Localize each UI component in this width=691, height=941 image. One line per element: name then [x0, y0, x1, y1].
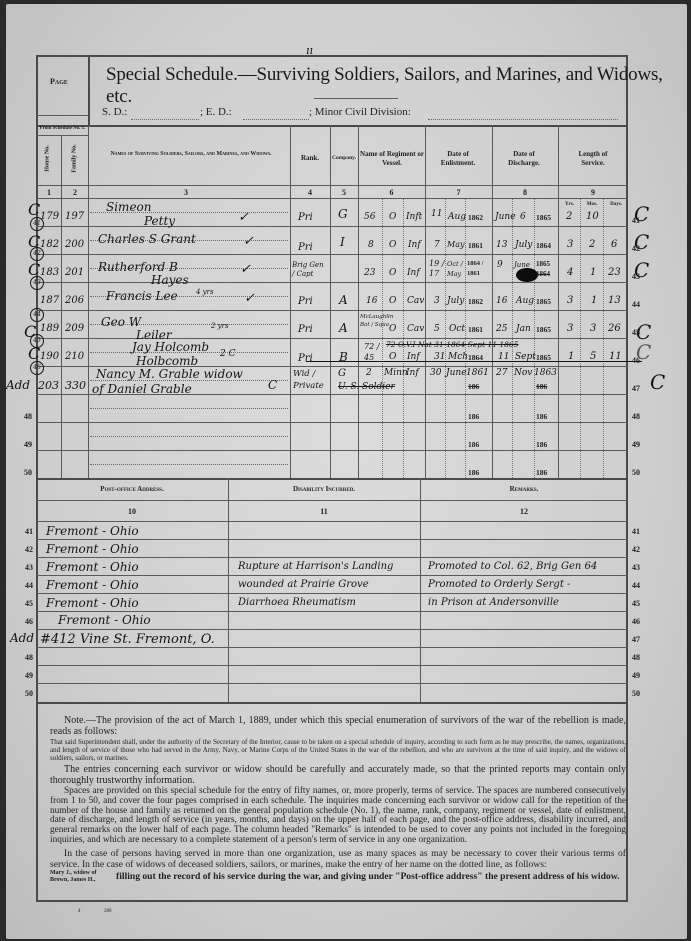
right-line-number: 43: [632, 563, 640, 572]
check-icon: ✓: [243, 234, 254, 249]
footer-mark-a: 4: [78, 909, 81, 914]
left-line-number: 50: [24, 468, 32, 477]
note-paragraph-4-end: filling out the record of his service du…: [116, 871, 620, 882]
circled-line-number: 41: [30, 217, 44, 231]
left-line-number: 48: [25, 653, 33, 662]
service-days: 13: [608, 295, 621, 306]
service-yrs: 3: [567, 295, 573, 306]
struck-entry: 72 O.V.I Nat 31 1864 Sept 11 1865: [386, 340, 518, 349]
header-disability: Disability Incurred.: [228, 485, 420, 494]
col-number: 7: [425, 188, 492, 197]
discharge-day: 25: [496, 324, 507, 334]
left-line-number: 41: [25, 527, 33, 536]
company: I: [340, 235, 345, 249]
col-line: [290, 125, 291, 478]
service-yrs: 3: [567, 323, 573, 334]
name-suffix: 4 yrs: [196, 288, 214, 296]
lower-row-line: [36, 629, 628, 630]
header-yrs: Yrs.: [559, 200, 580, 209]
regiment-number: 23: [364, 268, 375, 278]
year-stub: 186: [468, 468, 479, 477]
lower-row-line: [36, 665, 628, 666]
ink-blot: [516, 268, 538, 282]
lower-row-line: [36, 647, 628, 648]
enlist-day: 19 / 17: [429, 259, 445, 279]
regiment-arm: Cav: [407, 296, 424, 306]
remarks: Promoted to Col. 62, Brig Gen 64: [428, 561, 597, 572]
col-number: 1: [37, 188, 61, 197]
circled-line-number: 43: [30, 276, 44, 290]
discharge-day: 27: [496, 368, 507, 378]
left-line-number: 48: [24, 412, 32, 421]
left-line-number: 49: [24, 440, 32, 449]
left-line-number: 46: [25, 617, 33, 626]
col-number: 12: [420, 507, 628, 516]
name-dotted-line: [90, 408, 288, 409]
enlist-day: 5: [434, 324, 440, 334]
note-paragraph-4: In the case of persons having served in …: [50, 849, 626, 870]
company: A: [339, 321, 348, 335]
service-mos: 1: [590, 267, 596, 278]
service-mos: 1: [591, 295, 597, 306]
page-box-line: [36, 115, 88, 116]
circled-line-number: 42: [30, 247, 44, 261]
right-c-mark: C: [634, 258, 649, 282]
ed-label: ; E. D.:: [200, 106, 232, 118]
service-days: 23: [608, 267, 621, 278]
year-stub: 186: [536, 440, 547, 449]
enlist-year: 1861: [468, 241, 483, 250]
regiment-arm: Inf: [407, 268, 420, 278]
right-c-mark: C: [634, 202, 649, 226]
row-line: [36, 254, 628, 255]
house-no: 190: [40, 351, 59, 362]
discharge-day: 9: [497, 260, 503, 270]
service-yrs: 4: [567, 267, 573, 278]
page-col-divider: [88, 55, 90, 125]
mcd-field[interactable]: [428, 119, 618, 120]
discharge-day: 6: [520, 212, 526, 222]
discharge-month: July: [515, 240, 532, 250]
name-last: Petty: [144, 214, 175, 228]
lower-row-line: [36, 611, 628, 612]
col-number: 10: [36, 507, 228, 516]
col-line: [61, 135, 62, 478]
col-number: 4: [290, 188, 330, 197]
circled-line-number: 44: [30, 308, 44, 322]
house-no: 203: [38, 379, 59, 392]
row-line: [36, 310, 628, 311]
discharge-month: June: [495, 212, 516, 222]
name-dotted-line: [90, 464, 288, 465]
rank: Wid / Private: [293, 368, 329, 392]
address: Fremont - Ohio: [46, 542, 139, 556]
census-sheet: Page Special Schedule.—Surviving Soldier…: [6, 4, 687, 939]
col-number: 5: [330, 188, 358, 197]
left-line-number: 42: [25, 545, 33, 554]
right-line-number: 44: [632, 300, 640, 309]
name-suffix: 2 yrs: [211, 322, 229, 330]
left-line-number: 43: [25, 563, 33, 572]
row-line: [36, 226, 628, 227]
mcd-label: ; Minor Civil Division:: [309, 106, 411, 118]
lower-row-line: [36, 683, 628, 684]
enlist-month: July: [447, 296, 464, 306]
name-widow: Nancy M. Grable widow: [96, 367, 243, 381]
regiment-number: 2: [366, 368, 372, 378]
col-line: [492, 125, 493, 478]
lower-row-line: [36, 557, 628, 558]
family-no: 197: [65, 211, 84, 222]
ed-field[interactable]: [243, 119, 309, 120]
col-line: [558, 125, 559, 478]
form-title: Special Schedule.—Surviving Soldiers, Sa…: [106, 64, 687, 108]
enlist-year: 1862: [468, 213, 483, 222]
name-full: Charles S Grant: [98, 232, 196, 246]
name-suffix: 2 C: [220, 349, 235, 359]
enlist-day: 7: [434, 240, 440, 250]
regiment-state: Minn: [384, 368, 408, 378]
note-act-quote: That said Superintendent shall, under th…: [50, 738, 626, 762]
remarks: in Prison at Andersonville: [428, 597, 559, 608]
header-num-top: [36, 185, 628, 186]
lower-num-line: [36, 521, 628, 522]
enlist-year: 1862: [468, 297, 483, 306]
discharge-year: 1865: [536, 297, 551, 306]
discharge-month: Jan: [516, 324, 531, 334]
name-dotted-line: [90, 436, 288, 437]
note-paragraph-1: Note.—The provision of the act of March …: [50, 716, 626, 737]
lower-row-line: [36, 575, 628, 576]
regiment-arm: Cav: [407, 324, 424, 334]
regiment-state: O: [389, 324, 396, 334]
discharge-month: Aug: [516, 296, 534, 306]
page-label: Page: [50, 77, 68, 86]
year-stub: 186: [536, 382, 547, 391]
sd-field[interactable]: [131, 119, 199, 120]
family-no: 200: [65, 239, 84, 250]
company: G: [338, 368, 346, 379]
check-icon: ✓: [244, 291, 255, 306]
header-remarks: Remarks.: [420, 485, 628, 494]
enlist-month: May: [447, 240, 464, 249]
margin-add-note: Add: [6, 378, 30, 392]
header-service: Length of Service.: [566, 150, 620, 168]
discharge-month: Nov: [514, 368, 532, 378]
right-line-number: 44: [632, 581, 640, 590]
house-no: 183: [40, 267, 59, 278]
house-no: 187: [40, 295, 59, 306]
remarks: Promoted to Orderly Sergt -: [428, 579, 570, 590]
regiment-state: O: [389, 240, 396, 250]
family-no: 330: [65, 379, 86, 392]
margin-c-mark: C: [28, 344, 40, 363]
name-suffix: C: [268, 378, 277, 392]
sd-label: S. D.:: [102, 106, 127, 118]
right-line-number: 50: [632, 468, 640, 477]
header-discharge: Date of Discharge.: [502, 150, 546, 168]
row-line: [36, 450, 628, 451]
right-line-number: 48: [632, 653, 640, 662]
year-stub: 186: [468, 382, 479, 391]
address: Fremont - Ohio: [46, 560, 139, 574]
disability: Rupture at Harrison's Landing: [238, 561, 393, 572]
rank: Brig Gen / Capt: [292, 261, 328, 279]
right-c-mark: C: [650, 370, 665, 394]
right-line-number: 42: [632, 545, 640, 554]
right-line-number: 41: [632, 527, 640, 536]
col-line: [425, 125, 426, 478]
address: Fremont - Ohio: [58, 613, 151, 627]
house-no: 182: [40, 239, 59, 250]
check-icon: ✓: [240, 262, 251, 277]
title-underline: [314, 98, 398, 99]
header-bottom: [36, 125, 628, 127]
enlist-year: 1864 / 1861: [467, 259, 491, 279]
note-paragraph-2: The entries concerning each survivor or …: [50, 765, 626, 786]
col-number: 11: [228, 507, 420, 516]
right-c-mark: C: [636, 340, 651, 364]
left-line-number: 50: [25, 689, 33, 698]
year-stub: 186: [536, 412, 547, 421]
year-stub: 186: [468, 440, 479, 449]
right-line-number: 50: [632, 689, 640, 698]
col-number: 9: [558, 188, 628, 197]
col-line: [358, 125, 359, 478]
col-number: 3: [176, 188, 196, 197]
row-line: [36, 282, 628, 283]
discharge-year: 1865: [536, 260, 550, 268]
right-line-number: 45: [632, 599, 640, 608]
enlist-day: 30: [430, 368, 441, 378]
header-rank: Rank.: [290, 154, 330, 163]
name-husband: of Daniel Grable: [92, 382, 192, 396]
col-number: 2: [62, 188, 88, 197]
right-line-number: 46: [632, 617, 640, 626]
lower-row-line: [36, 539, 628, 540]
company: A: [339, 293, 348, 307]
col-number: 8: [492, 188, 558, 197]
service-mos: 10: [586, 211, 599, 222]
example-line-2: Brown, James H.,: [50, 877, 95, 883]
name-first: Jay Holcomb: [132, 340, 209, 354]
year-stub: 186: [468, 412, 479, 421]
enlist-year: 1861: [466, 368, 489, 378]
disability: wounded at Prairie Grove: [238, 579, 369, 590]
right-line-number: 49: [632, 440, 640, 449]
header-mos: Mos.: [581, 200, 603, 209]
regiment-number: 56: [364, 212, 375, 222]
year-stub: 186: [536, 468, 547, 477]
regiment-arm: Inf: [408, 240, 421, 250]
header-regiment: Name of Regiment or Vessel.: [360, 150, 424, 168]
example-line-1: Mary J., widow of: [50, 870, 97, 876]
address: Fremont - Ohio: [46, 596, 139, 610]
discharge-day: 16: [496, 296, 507, 306]
name-first: Rutherford B: [98, 260, 178, 274]
enlist-day: 11: [431, 209, 442, 219]
regiment-state: O: [389, 268, 396, 278]
service-days: 26: [608, 323, 621, 334]
strike-line: [306, 361, 642, 362]
rank: Pri: [298, 324, 313, 335]
left-line-number: 44: [25, 581, 33, 590]
discharge-year: 1865: [536, 325, 551, 334]
discharge-year: 1864: [536, 241, 551, 250]
upper-bottom: [36, 478, 628, 480]
rank: Pri: [298, 296, 313, 307]
header-family-no: Family No.: [71, 137, 80, 181]
left-line-number: 45: [25, 599, 33, 608]
family-no: 201: [65, 267, 84, 278]
regiment-number: McLaughlin Bat / Squa: [360, 313, 390, 329]
row-line: [36, 338, 628, 339]
enlist-month: Oct / May: [447, 259, 465, 279]
header-address: Post-office Address.: [36, 485, 228, 494]
service-days: 6: [611, 239, 617, 250]
regiment-arm: Inft: [406, 212, 422, 222]
discharge-year: 1865: [536, 213, 551, 222]
name-last: Hayes: [151, 273, 189, 287]
margin-c-mark: C: [28, 200, 40, 219]
header-num-bottom: [36, 198, 628, 199]
enlist-month: Oct: [449, 324, 465, 334]
right-line-number: 48: [632, 412, 640, 421]
header-house-no: House No.: [44, 137, 53, 181]
family-no: 210: [65, 351, 84, 362]
col-line: [330, 125, 331, 478]
right-line-number: 47: [632, 635, 640, 644]
col-number: 6: [358, 188, 425, 197]
lower-row-line: [36, 593, 628, 594]
regiment-arm: Inf: [406, 368, 419, 378]
address: Fremont - Ohio: [46, 578, 139, 592]
family-no: 209: [65, 323, 84, 334]
name-first: Simeon: [106, 200, 152, 214]
circled-line-number: 46: [30, 361, 44, 375]
rank: Pri: [298, 242, 313, 253]
regiment-state: O: [389, 296, 396, 306]
regiment-state: O: [389, 212, 396, 222]
discharge-year: 1863: [534, 368, 557, 378]
enlist-month: Aug: [448, 212, 466, 222]
rank: Pri: [298, 353, 313, 364]
note-paragraph-3: Spaces are provided on this special sche…: [50, 787, 626, 846]
name-full: Francis Lee: [106, 289, 178, 303]
address: Fremont - Ohio: [46, 524, 139, 538]
right-line-number: 47: [632, 384, 640, 393]
lower-header-line: [36, 500, 628, 501]
regiment-number: 16: [366, 296, 377, 306]
regiment-number: 8: [368, 240, 374, 250]
address: #412 Vine St. Fremont, O.: [40, 632, 215, 647]
family-no: 206: [65, 295, 84, 306]
disability: Diarrhoea Rheumatism: [238, 597, 356, 608]
enlist-day: 3: [434, 296, 440, 306]
rank: Pri: [298, 212, 313, 223]
name-first: Geo W: [101, 315, 141, 329]
service-mos: 2: [589, 239, 595, 250]
col-line: [88, 125, 89, 478]
left-line-number: 49: [25, 671, 33, 680]
header-company: Company.: [330, 154, 358, 163]
name-last: Holbcomb: [136, 354, 198, 368]
enlist-month: June: [446, 368, 467, 378]
service-yrs: 2: [566, 211, 572, 222]
regiment-line-2: U. S. Soldier: [338, 382, 395, 392]
enlist-year: 1861: [468, 325, 483, 334]
service-mos: 3: [590, 323, 596, 334]
lower-bottom: [36, 702, 628, 704]
discharge-year-2: 1864: [536, 270, 550, 278]
discharge-day: 13: [496, 240, 507, 250]
right-c-mark: C: [634, 230, 649, 254]
header-names: Names of Surviving Soldiers, Sailors, an…: [106, 150, 276, 159]
row-line: [36, 422, 628, 423]
house-no: 189: [40, 323, 59, 334]
check-icon: ✓: [238, 210, 249, 225]
margin-add-note: Add: [10, 631, 34, 645]
regiment-number: 72 / 45: [364, 341, 384, 363]
header-enlistment: Date of Enlistment.: [436, 150, 480, 168]
footer-mark-b: 280: [104, 909, 112, 914]
header-days: Days.: [604, 200, 628, 209]
right-line-number: 49: [632, 671, 640, 680]
service-yrs: 3: [567, 239, 573, 250]
stray-pen-marks: ıı: [306, 44, 313, 57]
header-from-schedule: From Schedule No. 1.: [37, 126, 88, 131]
company: G: [338, 207, 348, 221]
